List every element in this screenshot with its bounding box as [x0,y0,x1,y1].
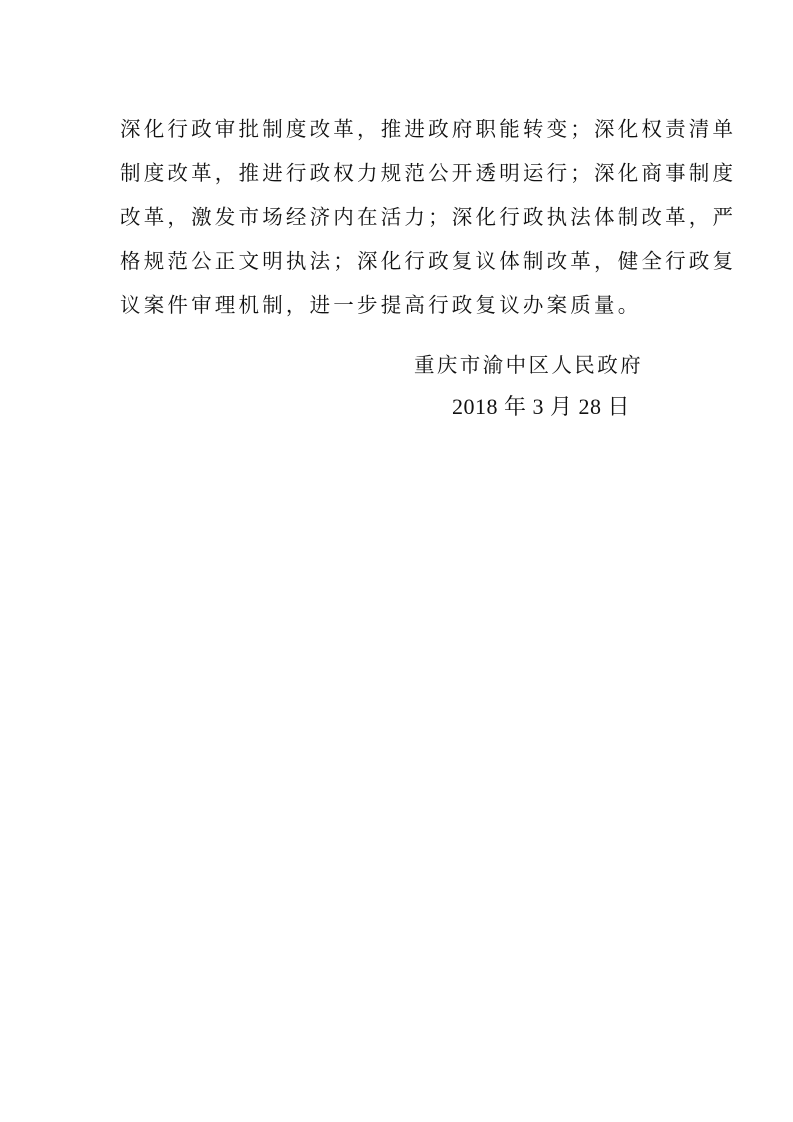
paragraph-line: 改革，激发市场经济内在活力；深化行政执法体制改革，严 [120,200,680,230]
signature-date: 2018 年 3 月 28 日 [452,390,630,421]
signature-organization: 重庆市渝中区人民政府 [414,348,643,378]
document-page: 深化行政审批制度改革，推进政府职能转变；深化权责清单 制度改革，推进行政权力规范… [0,0,793,1122]
paragraph-line: 议案件审理机制，进一步提高行政复议办案质量。 [120,288,680,318]
paragraph-line: 制度改革，推进行政权力规范公开透明运行；深化商事制度 [120,156,680,186]
paragraph-line: 格规范公正文明执法；深化行政复议体制改革，健全行政复 [120,244,680,274]
paragraph-line: 深化行政审批制度改革，推进政府职能转变；深化权责清单 [120,112,680,142]
